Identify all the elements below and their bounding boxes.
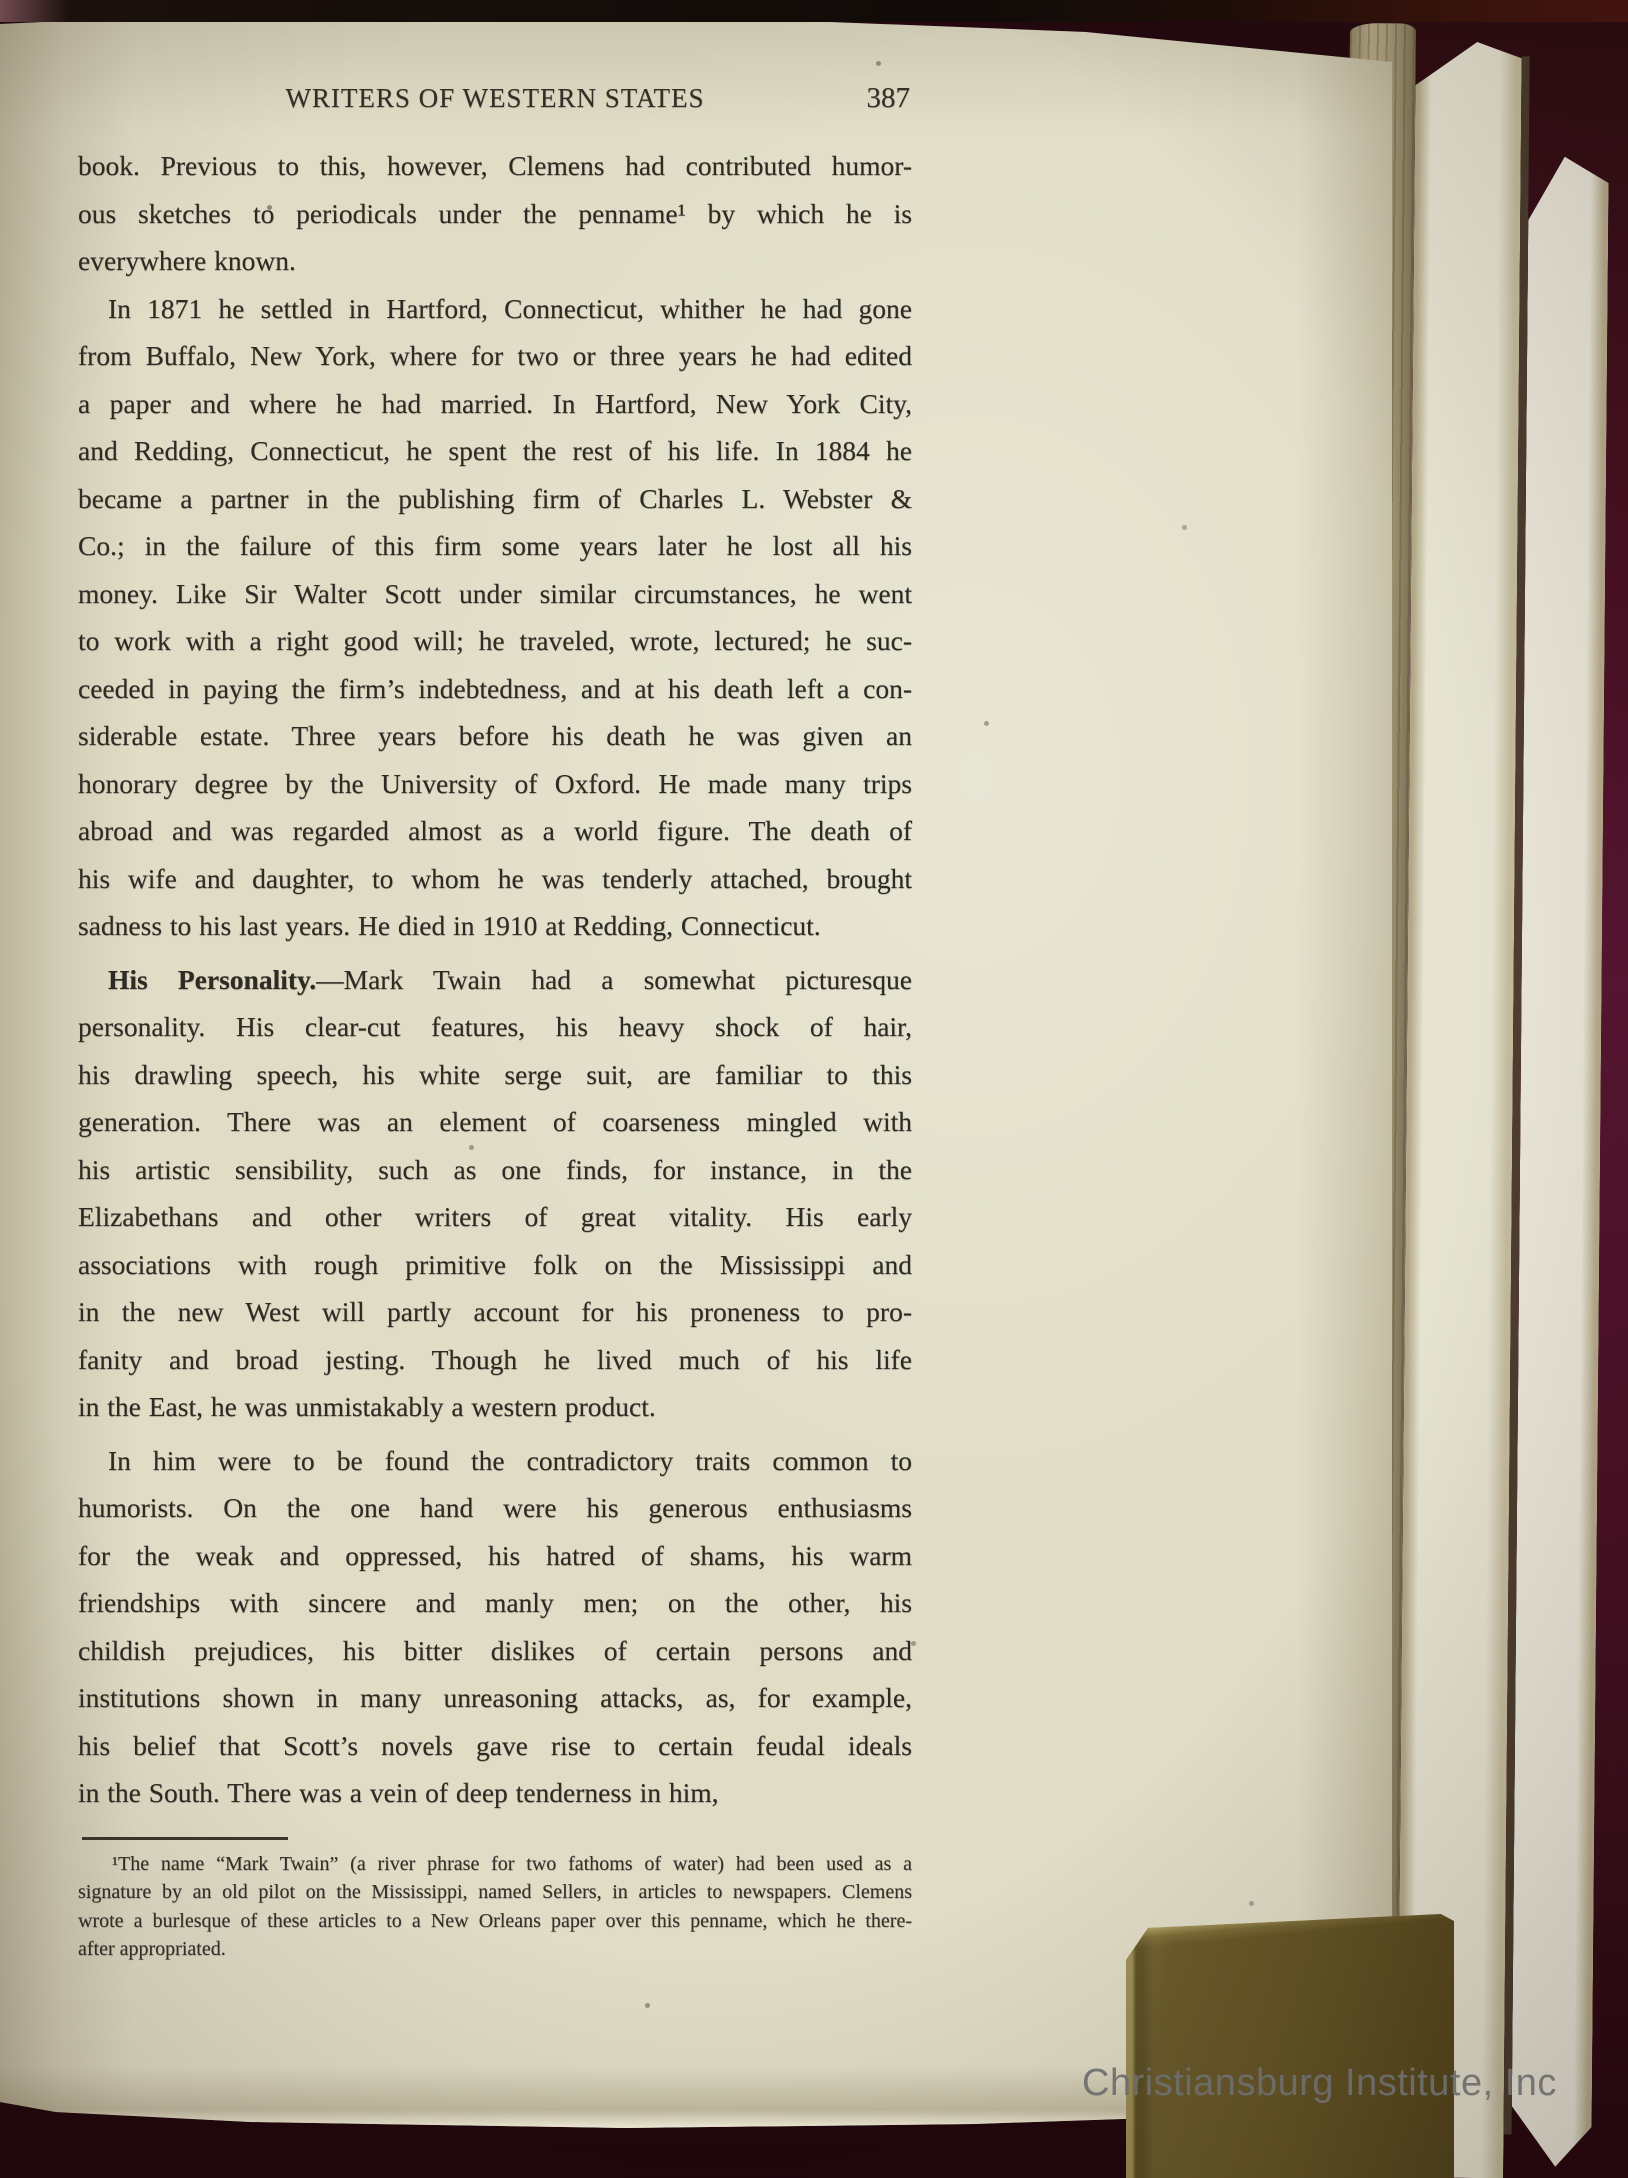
text-line: sadness to his last years. He died in 19…: [78, 902, 912, 950]
book-stand-block: [1126, 1914, 1454, 2178]
text-line: childish prejudices, his bitter dislikes…: [78, 1627, 912, 1675]
text-line: in the East, he was unmistakably a weste…: [78, 1383, 912, 1431]
footnote-rule: [82, 1837, 288, 1840]
page-number: 387: [867, 76, 911, 120]
footnote-text: ¹The name “Mark Twain” (a river phrase f…: [78, 1850, 912, 1964]
text-line: book. Previous to this, however, Clemens…: [78, 142, 912, 190]
running-title: WRITERS OF WESTERN STATES: [78, 76, 912, 120]
text-line: abroad and was regarded almost as a worl…: [78, 807, 912, 855]
text-line: wrote a burlesque of these articles to a…: [78, 1907, 912, 1936]
text-line: In 1871 he settled in Hartford, Connecti…: [78, 285, 912, 333]
text-line: became a partner in the publishing firm …: [78, 475, 912, 523]
text-line: to work with a right good will; he trave…: [78, 617, 912, 665]
text-line: In him were to be found the contradictor…: [78, 1437, 912, 1485]
watermark: Christiansburg Institute, Inc: [1082, 2062, 1557, 2105]
text-line: ous sketches to periodicals under the pe…: [78, 190, 912, 238]
text-line: in the South. There was a vein of deep t…: [78, 1769, 912, 1817]
paragraph: In him were to be found the contradictor…: [78, 1437, 912, 1817]
text-line: fanity and broad jesting. Though he live…: [78, 1336, 912, 1384]
page-text: WRITERS OF WESTERN STATES 387 book. Prev…: [78, 76, 912, 1964]
text-line: friendships with sincere and manly men; …: [78, 1579, 912, 1627]
text-line: personality. His clear-cut features, his…: [78, 1003, 912, 1051]
text-line: in the new West will partly account for …: [78, 1288, 912, 1336]
text-line: his belief that Scott’s novels gave rise…: [78, 1722, 912, 1770]
paragraph: book. Previous to this, however, Clemens…: [78, 142, 912, 285]
bold-lead: His Personality.: [108, 964, 316, 995]
text-line: after appropriated.: [78, 1935, 912, 1964]
text-line: everywhere known.: [78, 237, 912, 285]
text-line: Elizabethans and other writers of great …: [78, 1193, 912, 1241]
text-line: his wife and daughter, to whom he was te…: [78, 855, 912, 903]
text-line: his artistic sensibility, such as one fi…: [78, 1146, 912, 1194]
text-line: a paper and where he had married. In Har…: [78, 380, 912, 428]
text-line: Co.; in the failure of this firm some ye…: [78, 522, 912, 570]
text-line: ceeded in paying the firm’s indebtedness…: [78, 665, 912, 713]
text-line: and Redding, Connecticut, he spent the r…: [78, 427, 912, 475]
text-line: signature by an old pilot on the Mississ…: [78, 1878, 912, 1907]
text-line: His Personality.—Mark Twain had a somewh…: [78, 956, 912, 1004]
paragraph: His Personality.—Mark Twain had a somewh…: [78, 956, 912, 1431]
text-line: from Buffalo, New York, where for two or…: [78, 332, 912, 380]
text-line: humorists. On the one hand were his gene…: [78, 1484, 912, 1532]
text-line: ¹The name “Mark Twain” (a river phrase f…: [78, 1850, 912, 1879]
text-line: honorary degree by the University of Oxf…: [78, 760, 912, 808]
book-photo: WRITERS OF WESTERN STATES 387 book. Prev…: [0, 0, 1628, 2178]
book-page: WRITERS OF WESTERN STATES 387 book. Prev…: [0, 14, 1392, 2130]
page-edge-strip: [1397, 41, 1522, 2178]
text-line: generation. There was an element of coar…: [78, 1098, 912, 1146]
text-line: institutions shown in many unreasoning a…: [78, 1674, 912, 1722]
background-top-strip: [0, 0, 1628, 22]
text-line: money. Like Sir Walter Scott under simil…: [78, 570, 912, 618]
text-line: siderable estate. Three years before his…: [78, 712, 912, 760]
page-header: WRITERS OF WESTERN STATES 387: [78, 76, 912, 120]
text-line: associations with rough primitive folk o…: [78, 1241, 912, 1289]
text-line: for the weak and oppressed, his hatred o…: [78, 1532, 912, 1580]
text-line: his drawling speech, his white serge sui…: [78, 1051, 912, 1099]
paragraph: In 1871 he settled in Hartford, Connecti…: [78, 285, 912, 950]
body-text: book. Previous to this, however, Clemens…: [78, 142, 912, 1817]
